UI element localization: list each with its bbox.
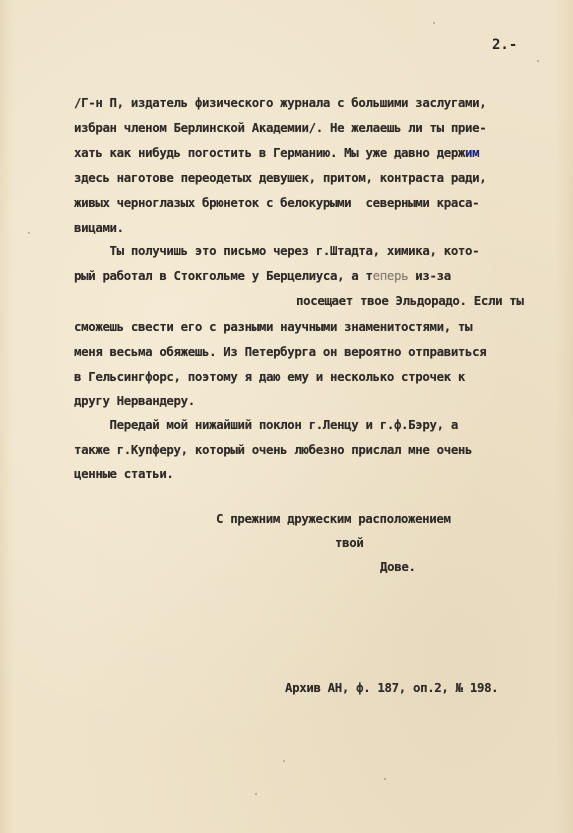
body-line-11: меня весьма обяжешь. Из Петербурга он ве… [74, 345, 486, 359]
paper-speck [384, 778, 386, 780]
body-line-7: Ты получишь это письмо через г.Штадта, х… [74, 244, 479, 258]
body-line-4: здесь наготове переодетых девушек, прито… [74, 171, 486, 185]
body-line-5: живых черноглазых брюнеток с белокурыми … [74, 196, 479, 210]
letter-page: 2.- /Г-н П, издатель физического журнала… [0, 0, 573, 833]
body-line-8-end: из-за [408, 268, 451, 283]
body-line-3-text: хать как нибудь погостить в Германию. Мы… [74, 145, 465, 160]
body-line-8-text: рый работал в Стокгольме у Берцелиуса, а… [74, 268, 373, 283]
body-line-12: в Гельсингфорс, поэтому я даю ему и неск… [74, 370, 465, 384]
paper-speck [433, 22, 435, 24]
paper-speck [283, 760, 285, 762]
body-line-3: хать как нибудь погостить в Германию. Мы… [74, 146, 479, 160]
closing-tvoy: твой [335, 536, 363, 550]
paper-speck [28, 232, 30, 234]
paper-speck [537, 60, 539, 62]
body-line-1: /Г-н П, издатель физического журнала с б… [74, 96, 486, 110]
paper-speck [255, 793, 257, 795]
body-line-15: также г.Купферу, который очень любезно п… [74, 443, 472, 457]
body-line-8: рый работал в Стокгольме у Берцелиуса, а… [74, 269, 451, 283]
body-line-13: другу Нервандеру. [74, 394, 195, 408]
body-line-10: сможешь свести его с разными научными зн… [74, 320, 472, 334]
body-line-14: Передай мой нижайший поклон г.Ленцу и г.… [74, 418, 458, 432]
archive-reference: Архив АН, ф. 187, оп.2, № 198. [285, 681, 498, 695]
body-line-6: вицами. [74, 221, 124, 235]
body-line-16: ценные статьи. [74, 467, 174, 481]
body-line-2: избран членом Берлинской Академии/. Не ж… [74, 121, 486, 135]
faint-fragment: еперь [373, 268, 409, 283]
signature: Дове. [380, 560, 416, 574]
body-line-9: посещает твое Эльдорадо. Если ты [296, 294, 524, 308]
closing-salutation: С прежним дружеским расположением [216, 512, 451, 526]
page-number: 2.- [492, 37, 517, 53]
handwritten-correction: им [465, 145, 479, 160]
